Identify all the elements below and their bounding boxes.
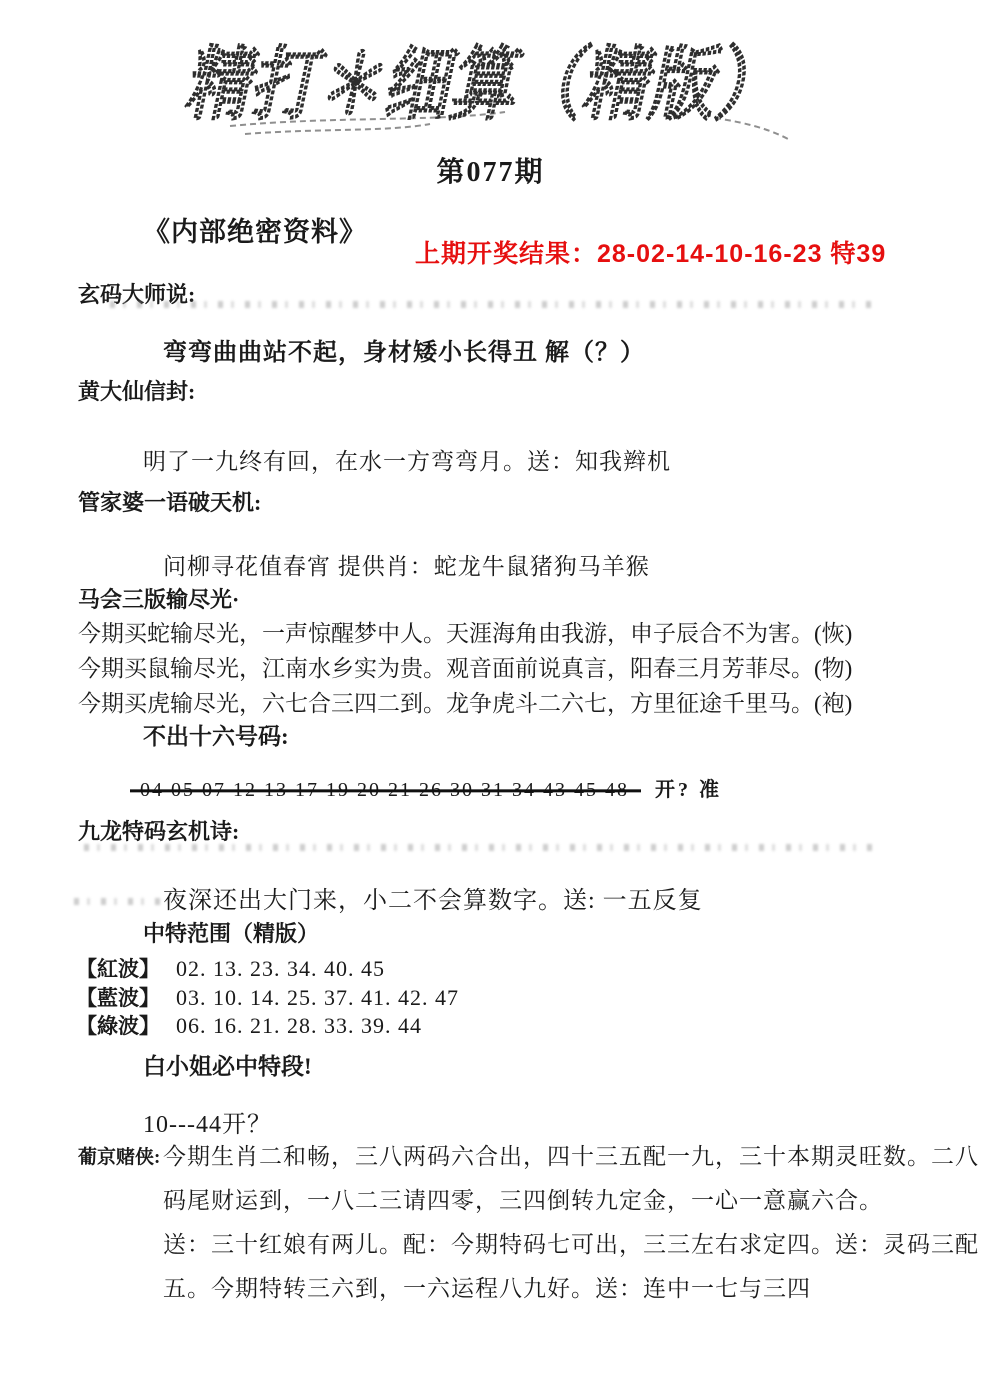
huangdaxian-verse: 明了一九终有回，在水一方弯弯月。送：知我辫机 <box>143 443 671 476</box>
mahui-line: 今期买虎输尽光，六七合三四二到。龙争虎斗二六七，方里征途千里马。(袍) <box>78 685 852 718</box>
section-heading-guanjiapo: 管家婆一语破天机: <box>78 486 261 517</box>
section-heading-jiulong: 九龙特码玄机诗: <box>78 815 239 846</box>
section-heading-sixteen: 不出十六号码: <box>143 718 289 751</box>
red-wave-numbers: 02. 13. 23. 34. 40. 45 <box>176 956 385 982</box>
wave-row-green: 【綠波】 06. 16. 21. 28. 33. 39. 44 <box>76 1010 422 1040</box>
struck-number-list: 04 05 07 12 13 17 19 20 21 26 30 31 34 4… <box>140 779 629 802</box>
erased-text-smudge <box>74 898 170 905</box>
green-wave-label: 【綠波】 <box>76 1010 160 1040</box>
erased-text-smudge <box>110 301 878 308</box>
section-heading-huangdaxian: 黄大仙信封: <box>78 375 195 406</box>
pujing-line: 送：三十红娘有两儿。配：今期特码七可出，三三左右求定四。送：灵码三配 <box>163 1226 979 1259</box>
pujing-label: 葡京赌侠: <box>78 1142 160 1169</box>
pujing-line: 码尾财运到，一八二三请四零，三四倒转九定金，一心一意赢六合。 <box>163 1182 883 1215</box>
erased-text-smudge <box>84 844 872 851</box>
secret-material-label: 《内部绝密资料》 <box>143 210 367 249</box>
pujing-line: 五。今期特转三六到，一六运程八九好。送：连中一七与三四 <box>163 1270 811 1303</box>
mahui-line: 今期买鼠输尽光，江南水乡实为贵。观音面前说真言，阳春三月芳菲尽。(物) <box>78 650 852 683</box>
jiulong-verse: 夜深还出大门来，小二不会算数字。送: 一五反复 <box>163 880 703 915</box>
xuanma-verse: 弯弯曲曲站不起，身材矮小长得丑 解（？） <box>163 332 645 367</box>
masthead-title-sketch: 精打＊细算（精版） <box>175 20 805 148</box>
excluded-numbers-row: 04 05 07 12 13 17 19 20 21 26 30 31 34 4… <box>140 773 722 802</box>
red-wave-label: 【紅波】 <box>76 953 160 983</box>
pujing-line: 今期生肖二和畅，三八两码六合出，四十三五配一九，三十本期灵旺数。二八 <box>163 1138 979 1171</box>
blue-wave-numbers: 03. 10. 14. 25. 37. 41. 42. 47 <box>176 985 459 1011</box>
verdict-text: 开? 准 <box>655 779 722 801</box>
green-wave-numbers: 06. 16. 21. 28. 33. 39. 44 <box>176 1013 422 1039</box>
mahui-line: 今期买蛇输尽光，一声惊醒梦中人。天涯海角由我游，申子辰合不为害。(恢) <box>78 615 852 648</box>
section-heading-mahui: 马会三版输尽光· <box>78 583 239 614</box>
issue-number: 第077期 <box>0 150 981 190</box>
wave-row-blue: 【藍波】 03. 10. 14. 25. 37. 41. 42. 47 <box>76 982 459 1012</box>
masthead-title-text: 精打＊细算（精版） <box>180 42 795 130</box>
section-heading-zhongte: 中特范围（精版） <box>143 917 319 948</box>
tip-sheet-page: 精打＊细算（精版） 第077期 《内部绝密资料》 上期开奖结果：28-02-14… <box>0 0 981 1388</box>
wave-row-red: 【紅波】 02. 13. 23. 34. 40. 45 <box>76 953 385 983</box>
blue-wave-label: 【藍波】 <box>76 982 160 1012</box>
special-range: 10---44开？ <box>143 1104 272 1139</box>
last-draw-result: 上期开奖结果：28-02-14-10-16-23 特39 <box>415 234 886 270</box>
section-heading-baixiaojie: 白小姐必中特段! <box>143 1048 312 1081</box>
guanjiapo-verse: 问柳寻花值春宵 提供肖：蛇龙牛鼠猪狗马羊猴 <box>163 548 650 581</box>
